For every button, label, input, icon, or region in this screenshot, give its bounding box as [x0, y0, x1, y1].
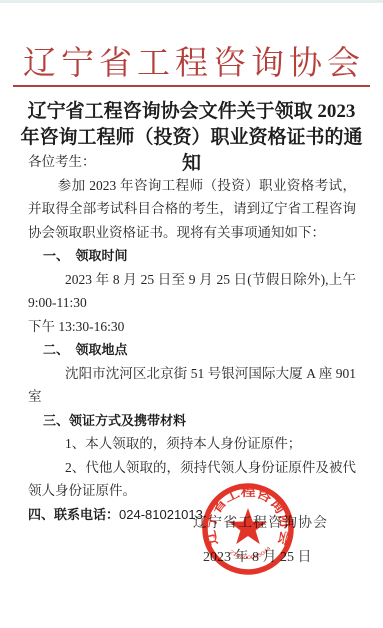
section-3-heading: 三、领证方式及携带材料 [28, 409, 356, 433]
seal-graphic: 辽宁省工程咨询协会 2105000050447 [200, 481, 296, 577]
letterhead: 辽宁省工程咨询协会 [0, 46, 383, 87]
section-1-heading: 一、 领取时间 [28, 244, 356, 268]
salutation: 各位考生： [28, 150, 356, 174]
seal-star-icon [229, 508, 267, 544]
org-letterhead-title: 辽宁省工程咨询协会 [13, 46, 370, 87]
intro-paragraph: 参加 2023 年咨询工程师（投资）职业资格考试，并取得全部考试科目合格的考生，… [28, 174, 356, 245]
page-top-strip [0, 0, 383, 3]
section-1-line-1: 2023 年 8 月 25 日至 9 月 25 日(节假日除外),上午 9:00… [28, 268, 356, 315]
section-2-line-1: 沈阳市沈河区北京街 51 号银河国际大厦 A 座 901 室 [28, 362, 356, 409]
document-body: 各位考生： 参加 2023 年咨询工程师（投资）职业资格考试，并取得全部考试科目… [28, 150, 356, 526]
notice-document: 辽宁省工程咨询协会 辽宁省工程咨询协会文件关于领取 2023 年咨询工程师（投资… [0, 0, 383, 628]
contact-label: 四、联系电话： [28, 507, 119, 522]
contact-phone-number: 024-81021013 [119, 507, 203, 522]
official-red-seal: 辽宁省工程咨询协会 2105000050447 [200, 481, 296, 577]
section-1-line-2: 下午 13:30-16:30 [28, 315, 356, 339]
section-2-heading: 二、 领取地点 [28, 338, 356, 362]
section-3-item-2: 2、代他人领取的，须持代领人身份证原件及被代领人身份证原件。 [28, 456, 356, 503]
section-3-item-1: 1、本人领取的，须持本人身份证原件； [28, 432, 356, 456]
document-title-line1: 辽宁省工程咨询协会文件关于领取 2023 [12, 99, 371, 125]
